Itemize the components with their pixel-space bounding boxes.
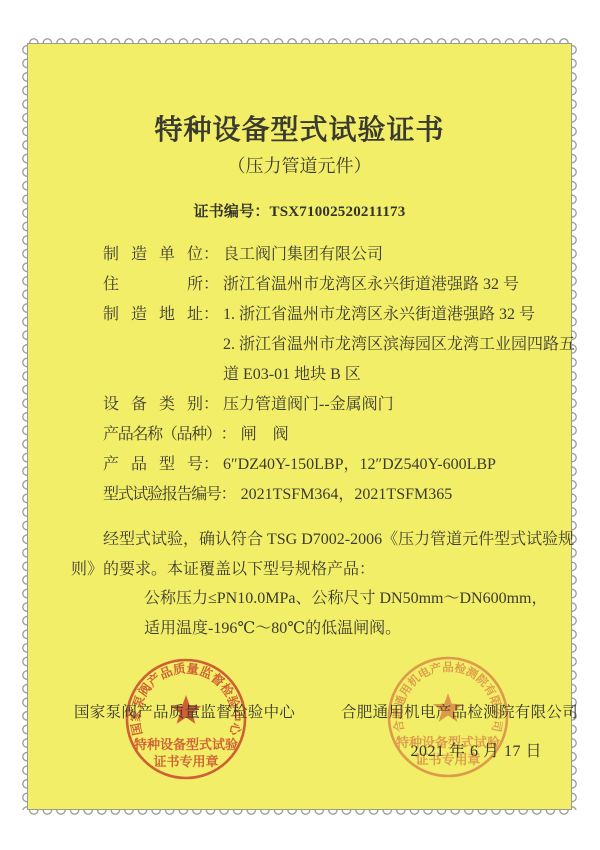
field-row-address: 制造地址：1. 浙江省温州市龙湾区永兴街道港强路 32 号 bbox=[103, 300, 575, 330]
field-label: 产品型号 bbox=[103, 450, 203, 480]
field-row-manufacturer: 制造单位：良工阀门集团有限公司 bbox=[103, 240, 575, 270]
issuer-left-name: 国家泵阀产品质量监督检验中心 bbox=[74, 700, 295, 722]
certificate-title: 特种设备型式试验证书 bbox=[28, 108, 571, 148]
field-colon: ： bbox=[203, 390, 219, 420]
issue-date: 2021 年 6 月 17 日 bbox=[410, 738, 542, 761]
field-value: 良工阀门集团有限公司 bbox=[223, 246, 383, 263]
issuer-row: 国家泵阀产品质量监督检验中心 合肥通用机电产品检测院有限公司 bbox=[74, 700, 578, 722]
field-value: 2021TSFM364，2021TSFM365 bbox=[241, 486, 453, 503]
field-value: 浙江省温州市龙湾区永兴街道港强路 32 号 bbox=[223, 276, 519, 293]
field-colon: ： bbox=[203, 270, 219, 300]
field-label: 制造单位 bbox=[103, 240, 203, 270]
certificate-number-label: 证书编号： bbox=[194, 204, 270, 220]
field-value: 1. 浙江省温州市龙湾区永兴街道港强路 32 号 bbox=[223, 306, 535, 323]
scallop-border-top bbox=[27, 33, 572, 43]
certificate-number: TSX71002520211173 bbox=[270, 204, 406, 220]
issuer-right-name: 合肥通用机电产品检测院有限公司 bbox=[341, 700, 578, 722]
statement-line-3: 公称压力≤PN10.0MPa、公称尺寸 DN50mm～DN600mm， bbox=[144, 584, 574, 614]
seal-line2: 证书专用章 bbox=[153, 754, 218, 769]
certificate-number-line: 证书编号：TSX71002520211173 bbox=[28, 200, 571, 221]
field-row-report-number: 型式试验报告编号：2021TSFM364，2021TSFM365 bbox=[103, 480, 575, 510]
field-colon: ： bbox=[203, 450, 219, 480]
field-row-address-cont: 2. 浙江省温州市龙湾区滨海园区龙湾工业园四路五 bbox=[103, 330, 575, 360]
field-colon: ： bbox=[221, 480, 237, 510]
field-label: 制造地址 bbox=[103, 300, 203, 330]
statement-block: 经型式试验，确认符合 TSG D7002-2006《压力管道元件型式试验规 则》… bbox=[71, 525, 574, 643]
certificate-paper: 特种设备型式试验证书 （压力管道元件） 证书编号：TSX710025202111… bbox=[27, 43, 572, 810]
field-colon: ： bbox=[203, 300, 219, 330]
field-row-product-model: 产品型号：6″DZ40Y-150LBP，12″DZ540Y-600LBP bbox=[103, 450, 575, 480]
field-colon: ： bbox=[203, 240, 219, 270]
scallop-border-left bbox=[17, 43, 27, 810]
field-row-product-name: 产品名称（品种）：闸 阀 bbox=[103, 420, 575, 450]
field-row-address-cont: 道 E03-01 地块 B 区 bbox=[103, 360, 575, 390]
field-value: 道 E03-01 地块 B 区 bbox=[223, 366, 361, 383]
field-value: 闸 阀 bbox=[241, 426, 289, 443]
statement-line-2: 则》的要求。本证覆盖以下型号规格产品： bbox=[71, 555, 574, 585]
field-label: 产品名称（品种） bbox=[103, 420, 221, 450]
field-value: 压力管道阀门--金属阀门 bbox=[223, 396, 394, 413]
field-colon: ： bbox=[221, 420, 237, 450]
field-label: 设备类别 bbox=[103, 390, 203, 420]
field-value: 2. 浙江省温州市龙湾区滨海园区龙湾工业园四路五 bbox=[223, 336, 575, 353]
scallop-border-bottom bbox=[27, 810, 572, 820]
statement-line-1: 经型式试验，确认符合 TSG D7002-2006《压力管道元件型式试验规 bbox=[71, 525, 574, 555]
field-label: 住所 bbox=[103, 270, 203, 300]
statement-line-4: 适用温度-196℃～80℃的低温闸阀。 bbox=[144, 614, 574, 644]
field-row-equipment-category: 设备类别：压力管道阀门--金属阀门 bbox=[103, 390, 575, 420]
field-block: 制造单位：良工阀门集团有限公司 住所：浙江省温州市龙湾区永兴街道港强路 32 号… bbox=[103, 240, 575, 510]
seal-line1: 特种设备型式试验 bbox=[134, 737, 238, 752]
certificate-subtitle: （压力管道元件） bbox=[28, 152, 571, 178]
certificate-scan: 特种设备型式试验证书 （压力管道元件） 证书编号：TSX710025202111… bbox=[0, 0, 600, 850]
field-label: 型式试验报告编号 bbox=[103, 480, 221, 510]
field-row-residence: 住所：浙江省温州市龙湾区永兴街道港强路 32 号 bbox=[103, 270, 575, 300]
field-value: 6″DZ40Y-150LBP，12″DZ540Y-600LBP bbox=[223, 456, 496, 473]
